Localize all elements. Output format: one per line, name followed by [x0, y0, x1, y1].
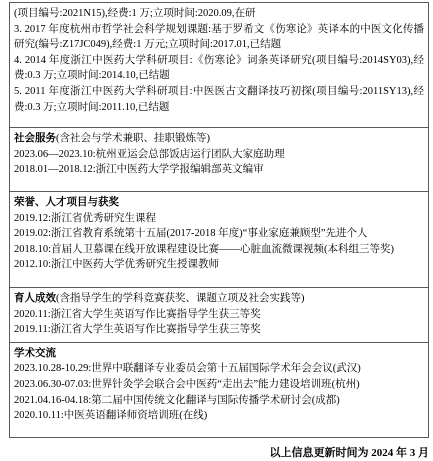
service-entry: 2023.06—2023.10:杭州亚运会总部饭店运行团队大家庭助理 [14, 147, 424, 163]
project-entry: 5. 2011 年度浙江中医药大学科研项目:中医医古文翻译技巧初探(项目编号:2… [14, 84, 424, 115]
section-title: 荣誉、人才项目与获奖 [14, 197, 119, 208]
section-academic-exchange: 学术交流 2023.10.28-10.29:世界中联翻译专业委员会第十五届国际学… [10, 343, 428, 437]
cv-document-page: (项目编号:2021N15),经费:1 万;立项时间:2020.09,在研 3.… [0, 0, 433, 461]
exchange-entry: 2021.04.16-04.18:第二届中国传统文化翻译与国际传播学术研讨会(成… [14, 393, 424, 409]
section-social-service: 社会服务(含社会与学术兼职、挂职锻炼等) 2023.06—2023.10:杭州亚… [10, 128, 428, 192]
section-title: 学术交流 [14, 348, 56, 359]
project-entry: 3. 2017 年度杭州市哲学社会科学规划课题:基于罗希文《伤寒论》英译本的中医… [14, 22, 424, 53]
section-honors-awards: 荣誉、人才项目与获奖 2019.12:浙江省优秀研究生课程 2019.02:浙江… [10, 192, 428, 288]
honor-entry: 2019.12:浙江省优秀研究生课程 [14, 211, 424, 227]
education-entry: 2020.11:浙江省大学生英语写作比赛指导学生获三等奖 [14, 307, 424, 323]
exchange-entry: 2023.06.30-07.03:世界针灸学会联合会中医药“走出去”能力建设培训… [14, 377, 424, 393]
service-entry: 2018.01—2018.12:浙江中医药大学学报编辑部英文编审 [14, 162, 424, 178]
section-title: 社会服务 [14, 133, 56, 144]
honor-entry: 2012.10:浙江中医药大学优秀研究生授课教师 [14, 257, 424, 273]
project-entry-continued: (项目编号:2021N15),经费:1 万;立项时间:2020.09,在研 [14, 6, 424, 22]
exchange-entry: 2023.10.28-10.29:世界中联翻译专业委员会第十五届国际学术年会会议… [14, 361, 424, 377]
profile-table: (项目编号:2021N15),经费:1 万;立项时间:2020.09,在研 3.… [9, 2, 429, 438]
section-title-note: (含指导学生的学科竞赛获奖、课题立项及社会实践等) [56, 293, 305, 304]
section-title-note: (含社会与学术兼职、挂职锻炼等) [56, 133, 210, 144]
section-research-projects-continued: (项目编号:2021N15),经费:1 万;立项时间:2020.09,在研 3.… [10, 3, 428, 128]
section-education-achievements: 育人成效(含指导学生的学科竞赛获奖、课题立项及社会实践等) 2020.11:浙江… [10, 288, 428, 343]
project-entry: 4. 2014 年度浙江中医药大学科研项目:《伤寒论》词条英译研究(项目编号:2… [14, 53, 424, 84]
section-heading-honors: 荣誉、人才项目与获奖 [14, 195, 424, 211]
section-heading-education: 育人成效(含指导学生的学科竞赛获奖、课题立项及社会实践等) [14, 291, 424, 307]
update-time-note: 以上信息更新时间为 2024 年 3 月 [270, 444, 430, 460]
section-heading-social-service: 社会服务(含社会与学术兼职、挂职锻炼等) [14, 131, 424, 147]
section-title: 育人成效 [14, 293, 56, 304]
honor-entry: 2019.02:浙江省教育系统第十五届(2017-2018 年度)“事业家庭兼顾… [14, 226, 424, 242]
education-entry: 2019.11:浙江省大学生英语写作比赛指导学生获三等奖 [14, 322, 424, 338]
honor-entry: 2018.10:首届人卫慕课在线开放课程建设比赛——心脏血流微课视频(本科组三等… [14, 242, 424, 258]
section-heading-exchange: 学术交流 [14, 346, 424, 362]
exchange-entry: 2020.10.11:中医英语翻译师资培训班(在线) [14, 408, 424, 424]
